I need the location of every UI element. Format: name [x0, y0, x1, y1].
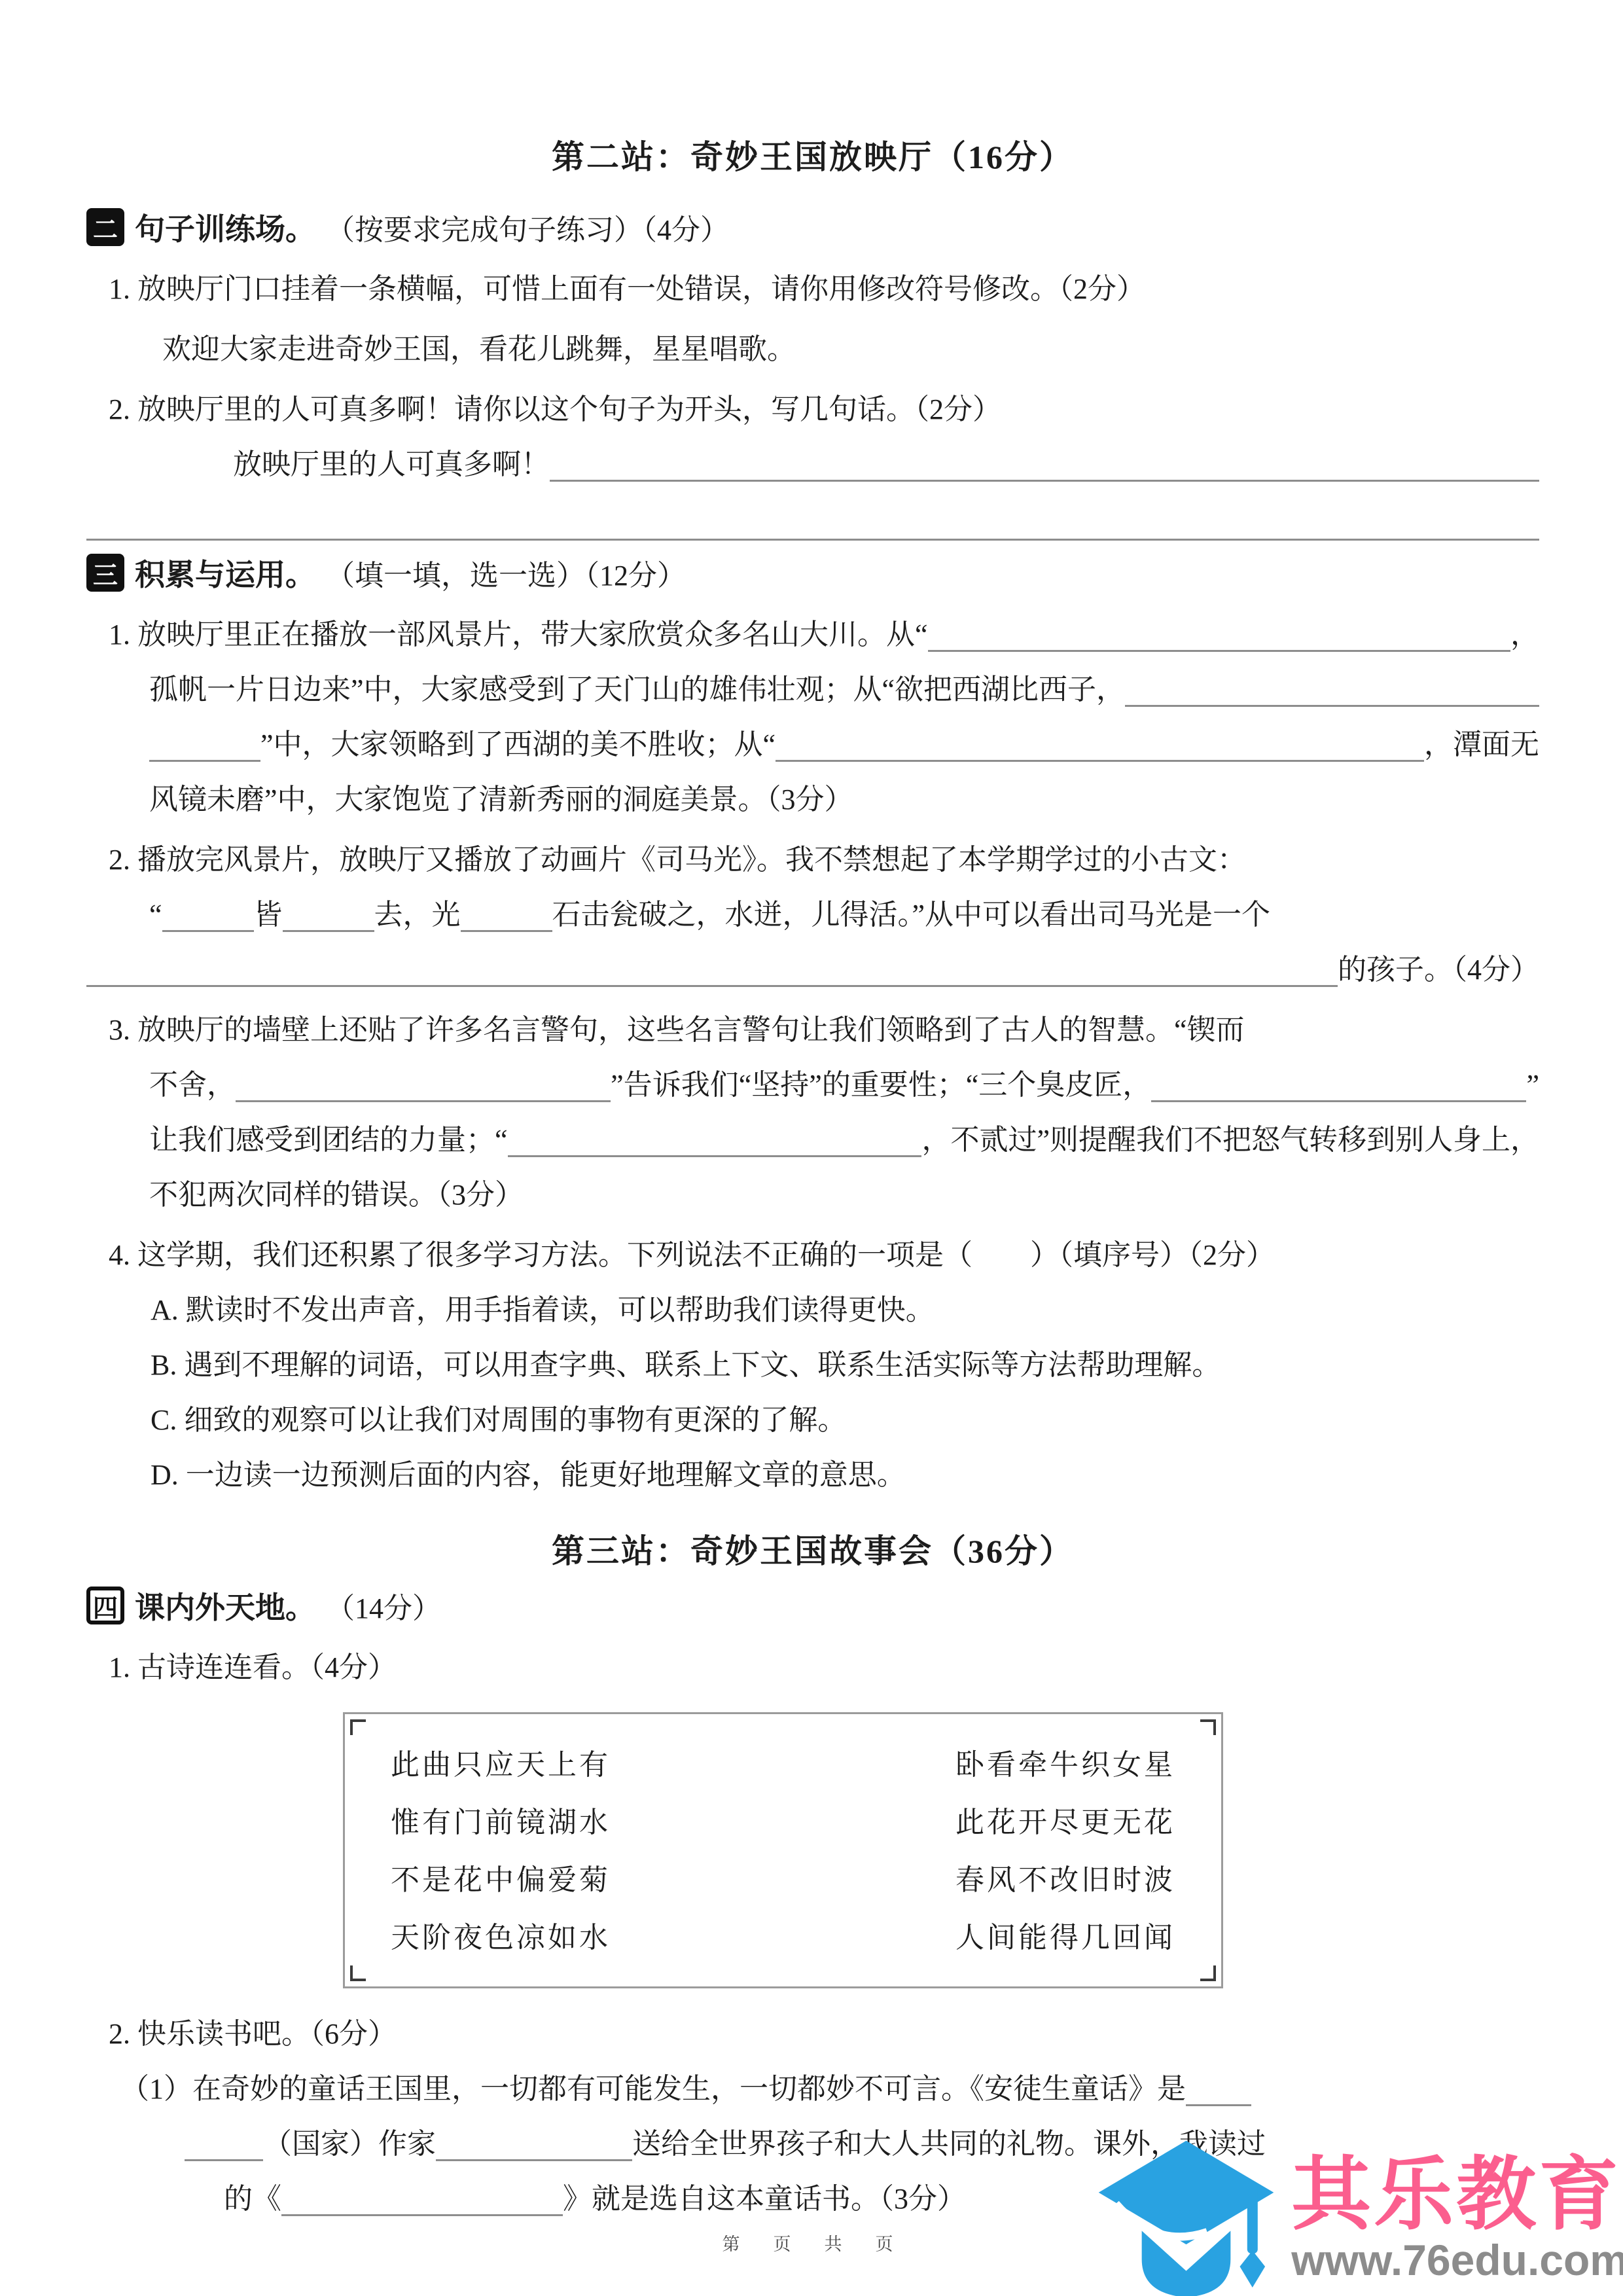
s3-q3-line2-tail: ” [1526, 1058, 1539, 1113]
station3-title: 第三站：奇妙王国故事会（36分） [86, 1525, 1539, 1572]
logo-url: www.76edu.com [1291, 2236, 1623, 2284]
poem-matching-box: 此曲只应天上有 卧看牵牛织女星 惟有门前镜湖水 此花开尽更无花 不是花中偏爱菊 … [343, 1712, 1223, 1988]
graduation-cap-icon [1093, 2138, 1279, 2296]
section3-number-icon: 三 [86, 554, 124, 592]
s3-q4-option-c: C. 细致的观察可以让我们对周围的事物有更深的了解。 [86, 1393, 1539, 1448]
section2-header: 二 句子训练场。 （按要求完成句子练习）（4分） [86, 206, 1539, 249]
s3-q4-stem: 4. 这学期，我们还积累了很多学习方法。下列说法不正确的一项是（ ）（填序号）（… [86, 1228, 1539, 1283]
logo-name: 其乐教育 [1291, 2153, 1621, 2236]
section4-header: 四 课内外天地。 （14分） [86, 1584, 1539, 1627]
box-corner-icon [350, 1965, 366, 1981]
answer-blank [149, 738, 260, 762]
s3-q2-line3-tail: 的孩子。（4分） [1338, 942, 1539, 997]
exam-page: 第二站：奇妙王国放映厅（16分） 二 句子训练场。 （按要求完成句子练习）（4分… [0, 0, 1623, 2296]
answer-blank [281, 2193, 563, 2216]
section4-title: 课内外天地。 [135, 1584, 315, 1627]
s2-q2-answer-line: 放映厅里的人可真多啊！ [86, 437, 1539, 492]
answer-blank [550, 458, 1539, 482]
section3-title: 积累与运用。 [135, 551, 315, 594]
section4-number-icon: 四 [86, 1587, 124, 1624]
section2-title: 句子训练场。 [135, 206, 315, 249]
s3-q3-line3: 让我们感受到团结的力量；“ ，不贰过”则提醒我们不把怒气转移到别人身上， [86, 1113, 1539, 1168]
answer-blank [162, 908, 254, 932]
poem-row: 此曲只应天上有 卧看牵牛织女星 [391, 1736, 1175, 1794]
answer-blank [508, 1134, 922, 1157]
s4-q2-line1: （1）在奇妙的童话王国里，一切都有可能发生，一切都妙不可言。《安徒生童话》是 [86, 2062, 1539, 2117]
s3-q2-line2: “ 皆 去，光 石击瓮破之，水迸，儿得活。”从中可以看出司马光是一个 [86, 888, 1539, 942]
s3-q1-line3-text: ”中，大家领略到了西湖的美不胜收；从“ [260, 717, 776, 772]
s3-q3-line4: 不犯两次同样的错误。（3分） [86, 1168, 1539, 1223]
s3-q2-line2-tail: 石击瓮破之，水迸，儿得活。”从中可以看出司马光是一个 [552, 888, 1271, 942]
brand-logo: 其乐教育 www.76edu.com [1093, 2138, 1623, 2296]
poem-row: 天阶夜色凉如水 人间能得几回闻 [391, 1909, 1175, 1967]
s3-q2-line3: 的孩子。（4分） [86, 942, 1539, 997]
s3-q1-line3: ”中，大家领略到了西湖的美不胜收；从“ ，潭面无 [86, 717, 1539, 772]
s3-q1-line1: 1. 放映厅里正在播放一部风景片，带大家欣赏众多名山大川。从“ ， [86, 607, 1539, 662]
answer-blank [1125, 683, 1539, 707]
s4-q2-text: 2. 快乐读书吧。（6分） [86, 2007, 1539, 2062]
answer-blank [185, 2138, 263, 2161]
exam-content: 第二站：奇妙王国放映厅（16分） 二 句子训练场。 （按要求完成句子练习）（4分… [86, 131, 1539, 2227]
s3-q2-word2: 去，光 [374, 888, 461, 942]
answer-blank [928, 628, 1510, 652]
s3-q4-option-a: A. 默读时不发出声音，用手指着读，可以帮助我们读得更快。 [86, 1283, 1539, 1338]
s3-q1-line2: 孤帆一片日边来”中，大家感受到了天门山的雄伟壮观；从“欲把西湖比西子， [86, 662, 1539, 717]
poem-line-right: 此花开尽更无花 [955, 1794, 1175, 1852]
s3-q1-line2-text: 孤帆一片日边来”中，大家感受到了天门山的雄伟壮观；从“欲把西湖比西子， [149, 662, 1125, 717]
s2-q2-opening: 放映厅里的人可真多啊！ [233, 437, 550, 492]
s3-q1-line1-text: 1. 放映厅里正在播放一部风景片，带大家欣赏众多名山大川。从“ [109, 607, 928, 662]
section2-note: （按要求完成句子练习）（4分） [326, 206, 729, 248]
poem-row: 惟有门前镜湖水 此花开尽更无花 [391, 1794, 1175, 1852]
s3-q3-line1: 3. 放映厅的墙壁上还贴了许多名言警句，这些名言警句让我们领略到了古人的智慧。“… [86, 1003, 1539, 1058]
answer-rule-line [86, 492, 1539, 541]
answer-blank [461, 908, 552, 932]
s3-q1-line1-tail: ， [1510, 607, 1539, 662]
s4-q2-line1-text: （1）在奇妙的童话王国里，一切都有可能发生，一切都妙不可言。《安徒生童话》是 [120, 2062, 1186, 2117]
s4-q2-line2-text1: （国家）作家 [263, 2117, 436, 2172]
poem-line-right: 卧看牵牛织女星 [955, 1736, 1175, 1794]
s3-q3-line3-tail: ，不贰过”则提醒我们不把怒气转移到别人身上， [921, 1113, 1539, 1168]
section2-number-icon: 二 [86, 208, 124, 246]
answer-blank [86, 963, 1338, 987]
s3-q1-line3-tail: ，潭面无 [1424, 717, 1539, 772]
section3-note: （填一填，选一选）（12分） [326, 552, 686, 594]
s3-q2-quote-open: “ [149, 888, 162, 942]
box-corner-icon [350, 1719, 366, 1735]
answer-blank [1151, 1079, 1526, 1102]
s3-q3-line2-text2: ”告诉我们“坚持”的重要性；“三个臭皮匠， [611, 1058, 1151, 1113]
poem-line-left: 惟有门前镜湖水 [391, 1794, 611, 1852]
section4-note: （14分） [326, 1585, 441, 1626]
s2-q1-text: 1. 放映厅门口挂着一条横幅，可惜上面有一处错误，请你用修改符号修改。（2分） [86, 262, 1539, 317]
s3-q1-line4: 风镜未磨”中，大家饱览了清新秀丽的洞庭美景。（3分） [86, 772, 1539, 827]
poem-line-left: 此曲只应天上有 [391, 1736, 611, 1794]
s3-q2-line1: 2. 播放完风景片，放映厅又播放了动画片《司马光》。我不禁想起了本学期学过的小古… [86, 833, 1539, 888]
answer-blank [776, 738, 1424, 762]
poem-line-right: 春风不改旧时波 [955, 1852, 1175, 1909]
s2-q2-text: 2. 放映厅里的人可真多啊！请你以这个句子为开头，写几句话。（2分） [86, 382, 1539, 437]
answer-blank [436, 2138, 632, 2161]
answer-blank [283, 908, 374, 932]
s3-q4-option-d: D. 一边读一边预测后面的内容，能更好地理解文章的意思。 [86, 1448, 1539, 1503]
logo-text-block: 其乐教育 www.76edu.com [1291, 2153, 1623, 2284]
s3-q3-line2: 不舍， ”告诉我们“坚持”的重要性；“三个臭皮匠， ” [86, 1058, 1539, 1113]
answer-blank [1186, 2083, 1251, 2106]
s3-q4-option-b: B. 遇到不理解的词语，可以用查字典、联系上下文、联系生活实际等方法帮助理解。 [86, 1338, 1539, 1393]
s3-q3-line3-text1: 让我们感受到团结的力量；“ [149, 1113, 508, 1168]
station2-title: 第二站：奇妙王国放映厅（16分） [86, 131, 1539, 178]
box-corner-icon [1200, 1719, 1216, 1735]
s3-q3-line2-text1: 不舍， [149, 1058, 236, 1113]
poem-line-left: 不是花中偏爱菊 [391, 1852, 611, 1909]
s4-q1-text: 1. 古诗连连看。（4分） [86, 1640, 1539, 1695]
answer-blank [236, 1079, 611, 1102]
s3-q2-word1: 皆 [254, 888, 283, 942]
poem-row: 不是花中偏爱菊 春风不改旧时波 [391, 1852, 1175, 1909]
s4-q2-line3-tail: 》就是选自这本童话书。（3分） [563, 2172, 966, 2227]
s4-q2-line3-text1: 的《 [224, 2172, 281, 2227]
poem-line-right: 人间能得几回闻 [955, 1909, 1175, 1967]
box-corner-icon [1200, 1965, 1216, 1981]
s2-q1-banner-sentence: 欢迎大家走进奇妙王国，看花儿跳舞，星星唱歌。 [86, 322, 1539, 377]
poem-line-left: 天阶夜色凉如水 [391, 1909, 611, 1967]
section3-header: 三 积累与运用。 （填一填，选一选）（12分） [86, 551, 1539, 594]
